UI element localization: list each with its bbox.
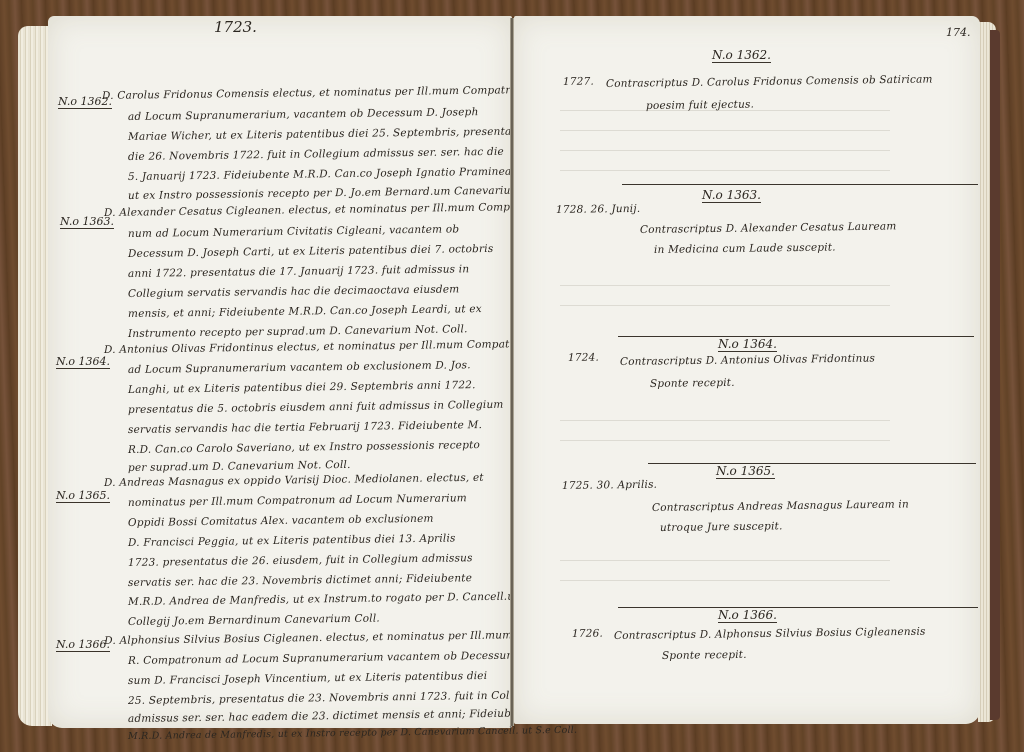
entry-number-heading: N.o 1365. <box>716 464 775 478</box>
entry-number: N.o 1366. <box>56 638 110 652</box>
entry-divider <box>648 463 976 464</box>
entry-number-heading: N.o 1364. <box>718 337 777 351</box>
entry-divider <box>622 184 978 185</box>
entry-number: N.o 1364. <box>56 355 110 369</box>
entry-line: utroque Jure suscepit. <box>660 520 783 534</box>
entry-line: Sponte recepit. <box>662 649 747 662</box>
year-heading: 1723. <box>214 18 257 36</box>
entry-date: 1727. <box>563 76 594 88</box>
entry-line: Sponte recepit. <box>650 377 735 390</box>
entry-date: 1725. 30. Aprilis. <box>562 479 657 492</box>
entry-date: 1724. <box>568 352 599 364</box>
entry-date: 1728. 26. Junij. <box>556 203 640 216</box>
entry-number-heading: N.o 1362. <box>712 48 771 62</box>
book-cover-edge <box>990 30 1000 720</box>
folio-number: 174. <box>946 26 971 39</box>
entry-divider <box>618 607 978 608</box>
page-edges-left <box>18 26 52 726</box>
entry-number-heading: N.o 1366. <box>718 608 777 622</box>
entry-date: 1726. <box>572 628 603 640</box>
entry-line: poesim fuit ejectus. <box>646 98 754 112</box>
entry-number: N.o 1365. <box>56 489 110 503</box>
entry-line: in Medicina cum Laude suscepit. <box>654 241 836 256</box>
entry-divider <box>618 336 974 337</box>
entry-number-heading: N.o 1363. <box>702 188 761 202</box>
